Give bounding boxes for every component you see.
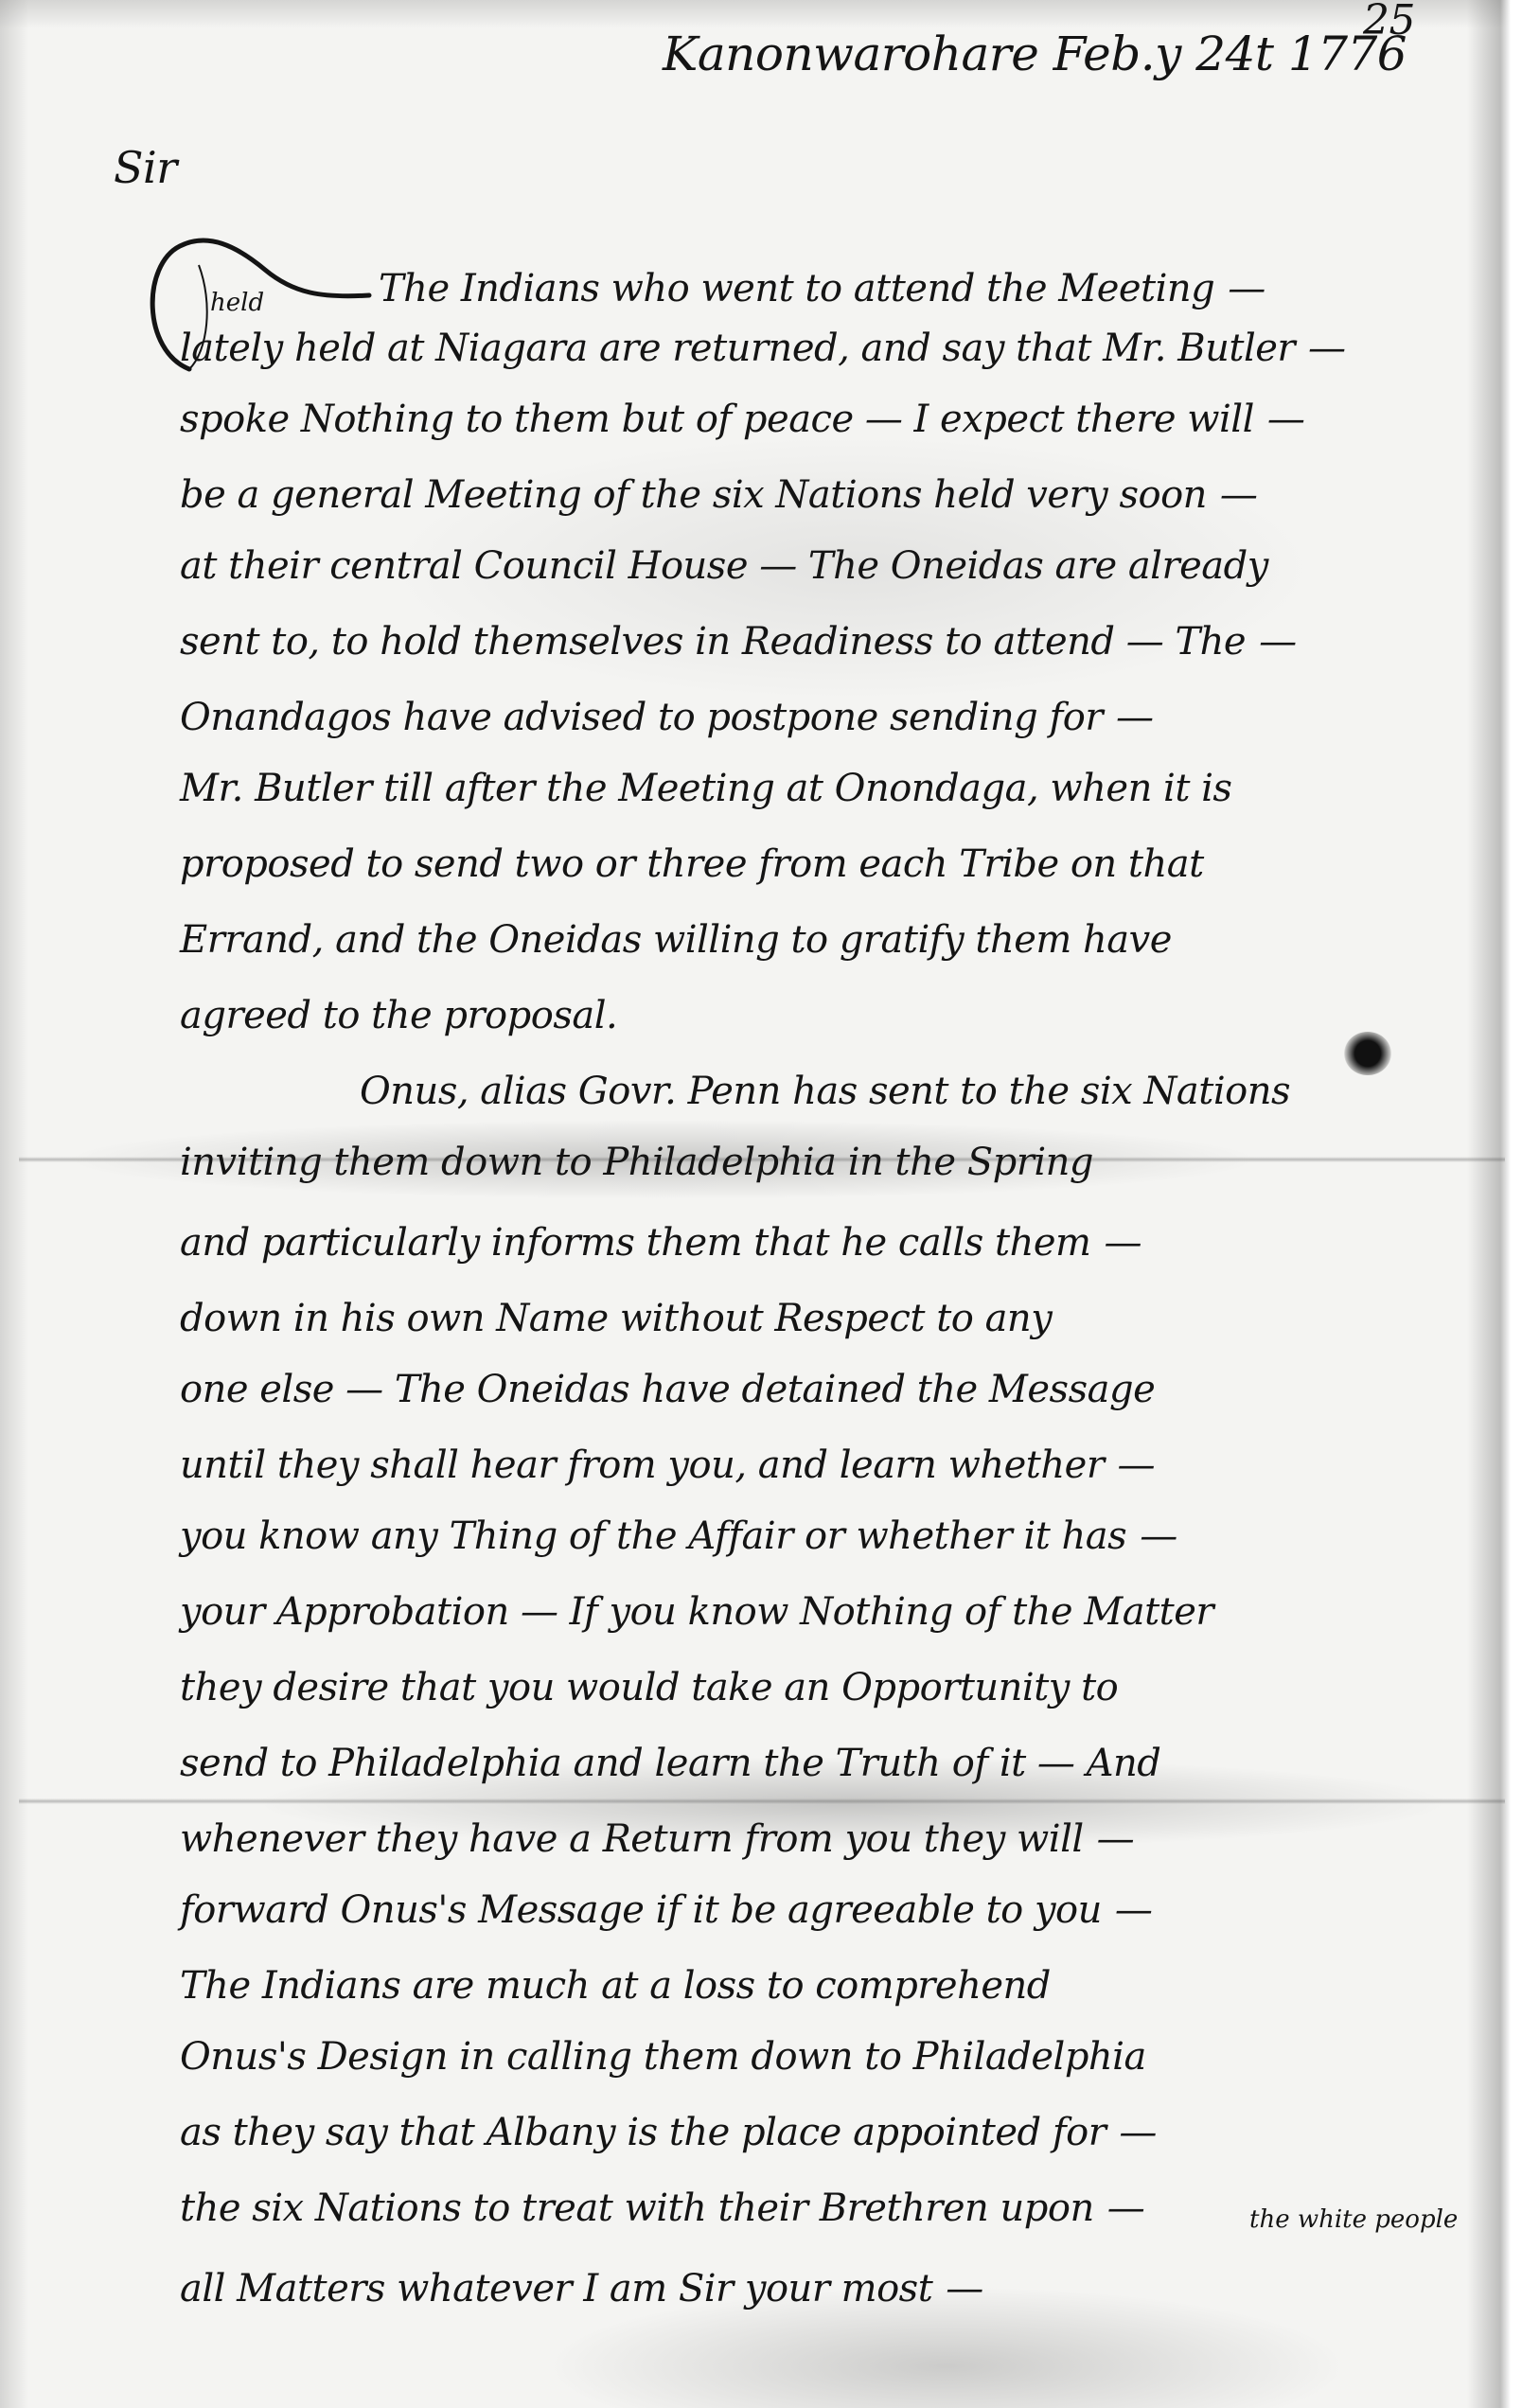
letter-line-text: and particularly informs them that he ca… (180, 1221, 1090, 1265)
letter-line-text: the six Nations to treat with their Bret… (180, 2187, 1094, 2230)
line-end-dash: — (1107, 2187, 1145, 2230)
letter-line-text: Onandagos have advised to postpone sendi… (180, 696, 1103, 739)
line-end-dash: — (1220, 473, 1258, 517)
letter-line: Mr. Butler till after the Meeting at Ono… (180, 767, 1486, 810)
line-end-dash: — (1308, 327, 1346, 370)
letter-line-text: forward Onus's Message if it be agreeabl… (180, 1888, 1102, 1932)
interlinear-insertion: held (210, 289, 264, 317)
letter-line-text: inviting them down to Philadelphia in th… (180, 1141, 1093, 1184)
letter-line-text: proposed to send two or three from each … (180, 842, 1204, 886)
line-end-dash: — (1140, 1514, 1177, 1558)
letter-line-text: sent to, to hold themselves in Readiness… (180, 620, 1246, 664)
line-end-dash: — (1228, 267, 1265, 310)
letter-line-text: as they say that Albany is the place app… (180, 2111, 1106, 2154)
letter-line: you know any Thing of the Affair or whet… (180, 1514, 1486, 1558)
letter-line: all Matters whatever I am Sir your most— (180, 2267, 1486, 2311)
letter-line: spoke Nothing to them but of peace — I e… (180, 398, 1486, 441)
letter-line-text: they desire that you would take an Oppor… (180, 1666, 1118, 1709)
letter-line-text: Onus's Design in calling them down to Ph… (180, 2035, 1146, 2079)
letter-line-text: The Indians are much at a loss to compre… (180, 1964, 1051, 2008)
salutation: Sir (114, 142, 177, 193)
letter-line: they desire that you would take an Oppor… (180, 1666, 1486, 1709)
line-end-dash: — (1097, 1817, 1135, 1861)
letter-line: proposed to send two or three from each … (180, 842, 1486, 886)
letter-line-text: at their central Council House — The One… (180, 544, 1268, 588)
letter-line: lately held at Niagara are returned, and… (180, 327, 1486, 370)
line-end-dash: — (1267, 398, 1305, 441)
line-end-dash: — (1259, 620, 1297, 664)
letter-line: Onus's Design in calling them down to Ph… (180, 2035, 1486, 2079)
line-end-dash: — (1116, 696, 1154, 739)
line-end-dash: — (1104, 1221, 1141, 1265)
letter-line-text: Errand, and the Oneidas willing to grati… (180, 918, 1172, 962)
letter-line: sent to, to hold themselves in Readiness… (180, 620, 1486, 664)
letter-line: down in his own Name without Respect to … (180, 1297, 1486, 1340)
letter-line: your Approbation — If you know Nothing o… (180, 1590, 1486, 1634)
letter-line: Errand, and the Oneidas willing to grati… (180, 918, 1486, 962)
letter-line-text: lately held at Niagara are returned, and… (180, 327, 1295, 370)
manuscript-page: 25 Kanonwarohare Feb.y 24t 1776 Sir held… (0, 0, 1522, 2408)
letter-line-text: Mr. Butler till after the Meeting at Ono… (180, 767, 1231, 810)
letter-line-text: The Indians who went to attend the Meeti… (379, 267, 1214, 310)
letter-line: agreed to the proposal. (180, 994, 1486, 1037)
letter-line: Onus, alias Govr. Penn has sent to the s… (360, 1070, 1522, 1113)
letter-line-text: be a general Meeting of the six Nations … (180, 473, 1207, 517)
line-end-dash: — (946, 2267, 983, 2311)
letter-line: until they shall hear from you, and lear… (180, 1443, 1486, 1487)
letter-line-text: agreed to the proposal. (180, 994, 617, 1037)
letter-line: the six Nations to treat with their Bret… (180, 2187, 1486, 2230)
letter-line: be a general Meeting of the six Nations … (180, 473, 1486, 517)
dateline: Kanonwarohare Feb.y 24t 1776 (663, 27, 1407, 81)
letter-line: at their central Council House — The One… (180, 544, 1486, 588)
letter-line: forward Onus's Message if it be agreeabl… (180, 1888, 1486, 1932)
letter-line-text: you know any Thing of the Affair or whet… (180, 1514, 1126, 1558)
letter-line-text: your Approbation — If you know Nothing o… (180, 1590, 1213, 1634)
letter-line-text: one else — The Oneidas have detained the… (180, 1368, 1155, 1411)
line-end-dash: — (1119, 2111, 1157, 2154)
line-end-dash: — (1117, 1443, 1155, 1487)
letter-line: The Indians who went to attend the Meeti… (379, 267, 1522, 310)
letter-line-text: all Matters whatever I am Sir your most (180, 2267, 932, 2311)
letter-line-text: spoke Nothing to them but of peace — I e… (180, 398, 1254, 441)
letter-line: as they say that Albany is the place app… (180, 2111, 1486, 2154)
letter-line: and particularly informs them that he ca… (180, 1221, 1486, 1265)
letter-line-text: Onus, alias Govr. Penn has sent to the s… (360, 1070, 1290, 1113)
letter-line-text: whenever they have a Return from you the… (180, 1817, 1084, 1861)
letter-line: send to Philadelphia and learn the Truth… (180, 1742, 1486, 1785)
letter-line-text: until they shall hear from you, and lear… (180, 1443, 1104, 1487)
letter-line: Onandagos have advised to postpone sendi… (180, 696, 1486, 739)
letter-line-text: send to Philadelphia and learn the Truth… (180, 1742, 1160, 1785)
letter-line-text: down in his own Name without Respect to … (180, 1297, 1052, 1340)
paper-fold-crease (19, 1798, 1505, 1804)
letter-line: whenever they have a Return from you the… (180, 1817, 1486, 1861)
line-end-dash: — (1115, 1888, 1153, 1932)
letter-line: inviting them down to Philadelphia in th… (180, 1141, 1486, 1184)
letter-line: The Indians are much at a loss to compre… (180, 1964, 1486, 2008)
letter-line: one else — The Oneidas have detained the… (180, 1368, 1486, 1411)
